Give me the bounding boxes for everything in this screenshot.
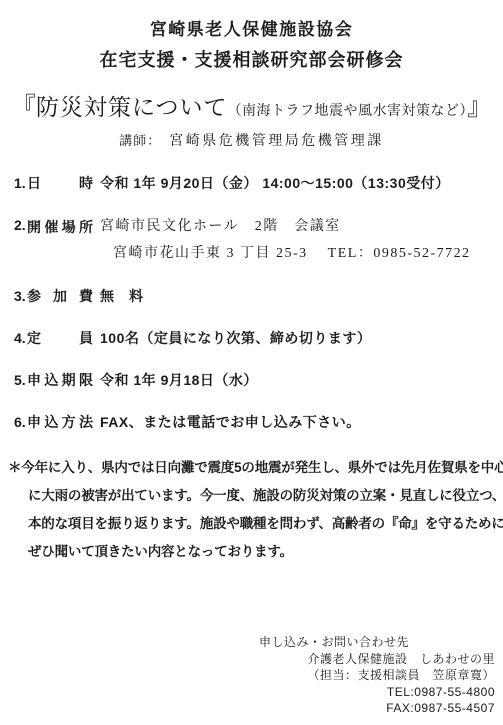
item-label: 申込方法 xyxy=(27,412,93,432)
contact-block: 申し込み・お問い合わせ先 介護老人保健施設 しあわせの里 （担当：支援相談員 笠… xyxy=(259,634,495,717)
item-label: 開催場所 xyxy=(27,217,93,237)
item-label: 定員 xyxy=(27,328,93,348)
item-number: 4. xyxy=(14,328,27,348)
venue-phone: TEL：0985-52-7722 xyxy=(328,246,471,261)
document-header: 宮崎県老人保健施設協会 在宅支援・支援相談研究部会研修会 xyxy=(0,0,503,72)
item-number: 1. xyxy=(14,173,27,193)
title-subtitle-text: （南海トラフ地震や風水害対策など） xyxy=(228,102,468,118)
document-page: 宮崎県老人保健施設協会 在宅支援・支援相談研究部会研修会 『防災対策について（南… xyxy=(0,0,503,725)
item-number: 2. xyxy=(14,215,27,235)
notice-line: ぜひ聞いて頂きたい内容となっております。 xyxy=(8,538,497,566)
item-value: 100名（定員になり次第、締め切ります） xyxy=(100,330,371,346)
item-fee: 3.参加費無 料 xyxy=(14,286,495,306)
title-open-bracket: 『 xyxy=(11,93,36,121)
item-venue: 2.開催場所宮崎市民文化ホール 2階 会議室 xyxy=(14,215,495,237)
item-value: 無 料 xyxy=(100,288,144,304)
item-value: FAX、または電話でお申し込み下さい。 xyxy=(100,414,361,430)
item-capacity: 4.定員100名（定員になり次第、締め切ります） xyxy=(14,328,495,348)
detail-list: 1.日時令和 1年 9月20日（金） 14:00～15:00（13:30受付） … xyxy=(14,173,495,432)
venue-address: 宮崎市花山手東 3 丁目 25-3 xyxy=(113,246,308,261)
lecturer-label: 講師： xyxy=(119,133,161,148)
item-label: 申込期限 xyxy=(27,370,93,390)
item-value: 令和 1年 9月20日（金） 14:00～15:00（13:30受付） xyxy=(100,175,450,191)
contact-tel: TEL:0987-55-4800 xyxy=(259,684,495,701)
notice-line: 本的な項目を振り返ります。施設や職種を問わず、高齢者の『命』を守るためにも、 xyxy=(8,510,497,538)
item-label: 参加費 xyxy=(27,286,93,306)
item-label: 日時 xyxy=(27,173,93,193)
title-main-text: 防災対策について xyxy=(36,94,228,120)
item-deadline: 5.申込期限令和 1年 9月18日（水） xyxy=(14,370,495,390)
item-venue-address: 宮崎市花山手東 3 丁目 25-3TEL：0985-52-7722 xyxy=(14,242,495,264)
notice-paragraph: ＊今年に入り、県内では日向灘で震度5の地震が発生し、県外では先月佐賀県を中心 に… xyxy=(8,454,497,566)
contact-person: （担当：支援相談員 笠原章寛） xyxy=(259,667,495,684)
notice-line: に大雨の被害が出ています。今一度、施設の防災対策の立案・見直しに役立つ、基 xyxy=(8,482,497,510)
item-datetime: 1.日時令和 1年 9月20日（金） 14:00～15:00（13:30受付） xyxy=(14,173,495,193)
organization-name: 宮崎県老人保健施設協会 xyxy=(0,19,503,41)
item-number: 5. xyxy=(14,370,27,390)
item-number: 6. xyxy=(14,412,27,432)
seminar-title: 『防災対策について（南海トラフ地震や風水害対策など）』 xyxy=(0,91,503,127)
lecturer-name: 宮崎県危機管理局危機管理課 xyxy=(169,134,384,149)
contact-facility: 介護老人保健施設 しあわせの里 xyxy=(259,651,495,668)
item-value: 令和 1年 9月18日（水） xyxy=(100,372,258,388)
event-name: 在宅支援・支援相談研究部会研修会 xyxy=(0,48,503,72)
title-close-bracket: 』 xyxy=(467,93,492,121)
lecturer-line: 講師：宮崎県危機管理局危機管理課 xyxy=(0,130,503,152)
item-value: 宮崎市民文化ホール 2階 会議室 xyxy=(100,219,341,234)
contact-heading: 申し込み・お問い合わせ先 xyxy=(259,634,495,651)
contact-fax: FAX:0987-55-4507 xyxy=(259,700,495,717)
notice-line: ＊今年に入り、県内では日向灘で震度5の地震が発生し、県外では先月佐賀県を中心 xyxy=(8,454,497,482)
item-number: 3. xyxy=(14,286,27,306)
item-application-method: 6.申込方法FAX、または電話でお申し込み下さい。 xyxy=(14,412,495,432)
